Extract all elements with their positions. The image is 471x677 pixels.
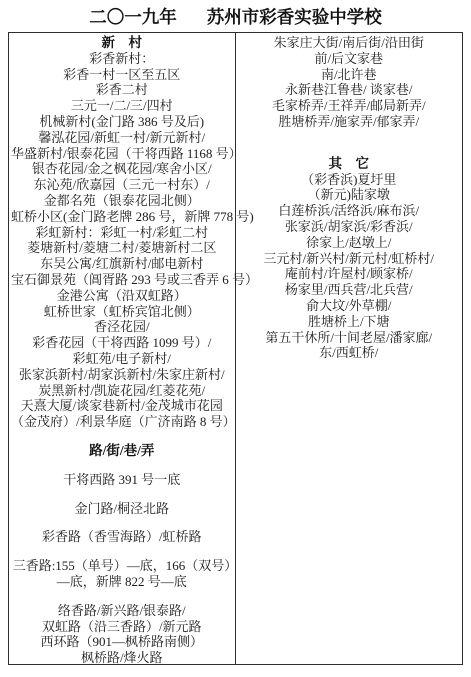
address-line: 前/后文家巷 <box>238 51 461 67</box>
address-line: 彩香路（香雪海路）/虹桥路 <box>11 529 233 545</box>
section-header: 新 村 <box>11 35 233 51</box>
address-line: 宝石御景苑（阊胥路 293 号或三香弄 6 号） <box>11 272 233 288</box>
address-line: 三元村/新兴村/新元村/虹桥村/ <box>238 251 461 267</box>
left-column: 新 村彩香新村：彩香一村一区至五区彩香二村三元一/二/三/四村机械新村(金门路 … <box>9 33 236 664</box>
address-line: 金都名苑（银泰花园北侧） <box>11 193 233 209</box>
address-line: 双虹路（沿三香路）/新元路 <box>11 619 233 635</box>
address-line: 庵前村/许屋村/顾家桥/ <box>238 266 461 282</box>
spacer-line <box>238 130 461 143</box>
address-line: 天熹大厦/谈家巷新村/金茂城市花园（金茂府）/利景华庭（广济南路 8 号） <box>11 398 233 430</box>
address-line: 彩香一村一区至五区 <box>11 67 233 83</box>
address-line: 菱塘新村/菱塘二村/菱塘新村二区 <box>11 240 233 256</box>
address-line: （彩香浜)夏圩里 <box>238 172 461 188</box>
address-line: 金港公寓（沿双虹路） <box>11 288 233 304</box>
address-line: 彩香花园（干将西路 1099 号）/ <box>11 335 233 351</box>
address-line: 张家浜/胡家浜/彩香浜/ <box>238 219 461 235</box>
address-line: 机械新村(金门路 386 号及后) <box>11 114 233 130</box>
title-school-name: 苏州市彩香实验中学校 <box>207 5 382 29</box>
spacer-line <box>11 459 233 472</box>
address-line: 西环路（901—枫桥路南侧） <box>11 634 233 650</box>
address-line: 彩虹新村：彩虹一村/彩虹二村 <box>11 225 233 241</box>
address-line: 三香路:155（单号）—底，166（双号）—底，新牌 822 号—底 <box>11 558 233 590</box>
address-line: 胜塘桥上/下塘 <box>238 314 461 330</box>
address-line: 枫桥路/烽火路 <box>11 650 233 666</box>
address-line: 胜塘桥弄/施家弄/郁家弄/ <box>238 114 461 130</box>
page-title: 二〇一九年 苏州市彩香实验中学校 <box>0 5 471 29</box>
school-district-table: 新 村彩香新村：彩香一村一区至五区彩香二村三元一/二/三/四村机械新村(金门路 … <box>8 32 463 665</box>
spacer-line <box>11 590 233 603</box>
address-line: 香泾花园/ <box>11 319 233 335</box>
address-line: 俞大坟/外草棚/ <box>238 298 461 314</box>
spacer-line <box>11 488 233 501</box>
address-line: 络香路/新兴路/银泰路/ <box>11 603 233 619</box>
address-line: 东吴公寓/红旗新村/邮电新村 <box>11 256 233 272</box>
address-line: 虹桥小区(金门路老牌 286 号，新牌 778 号) <box>11 209 233 225</box>
address-line: 徐家上/赵墩上/ <box>238 235 461 251</box>
address-line: 炭黑新村/凯旋花园/红菱花苑/ <box>11 383 233 399</box>
address-line: 银杏花园/金之枫花园/寒舍小区/ <box>11 161 233 177</box>
address-line: 白莲桥浜/活络浜/麻布浜/ <box>238 203 461 219</box>
right-column: 朱家庄大街/南后街/沿田街前/后文家巷南/北许巷永新巷江鲁巷/ 谈家巷/毛家桥弄… <box>236 33 463 664</box>
section-header: 路/街/巷/弄 <box>11 443 233 459</box>
address-line: 三元一/二/三/四村 <box>11 98 233 114</box>
address-line: 彩香新村： <box>11 51 233 67</box>
address-line: 华盛新村/银泰花园（干将西路 1168 号） <box>11 146 233 162</box>
address-line: 杨家里/西兵营/北兵营/ <box>238 282 461 298</box>
address-line: 永新巷江鲁巷/ 谈家巷/ <box>238 82 461 98</box>
document-page: 二〇一九年 苏州市彩香实验中学校 新 村彩香新村：彩香一村一区至五区彩香二村三元… <box>0 0 471 665</box>
address-line: 虹桥世家（虹桥宾馆北侧） <box>11 304 233 320</box>
address-line: 干将西路 391 号一底 <box>11 472 233 488</box>
address-line: 第五干休所/十间老屋/潘家廊/ <box>238 330 461 346</box>
address-line: 馨泓花园/新虹一村/新元新村/ <box>11 130 233 146</box>
address-line: 彩香二村 <box>11 82 233 98</box>
spacer-line <box>11 430 233 443</box>
section-header: 其 它 <box>238 156 461 172</box>
title-year: 二〇一九年 <box>89 5 177 29</box>
address-line: 彩虹苑/电子新村/ <box>11 351 233 367</box>
address-line: 毛家桥弄/王祥弄/邮局新弄/ <box>238 98 461 114</box>
address-line: 东沁苑/欣嘉园（三元一村东）/ <box>11 177 233 193</box>
address-line: （新元)陆家墩 <box>238 187 461 203</box>
address-line: 东/西虹桥/ <box>238 345 461 361</box>
address-line: 朱家庄大街/南后街/沿田街 <box>238 35 461 51</box>
spacer-line <box>238 143 461 156</box>
spacer-line <box>11 545 233 558</box>
address-line: 南/北许巷 <box>238 67 461 83</box>
address-line: 金门路/桐泾北路 <box>11 501 233 517</box>
spacer-line <box>11 516 233 529</box>
address-line: 张家浜新村/胡家浜新村/朱家庄新村/ <box>11 367 233 383</box>
